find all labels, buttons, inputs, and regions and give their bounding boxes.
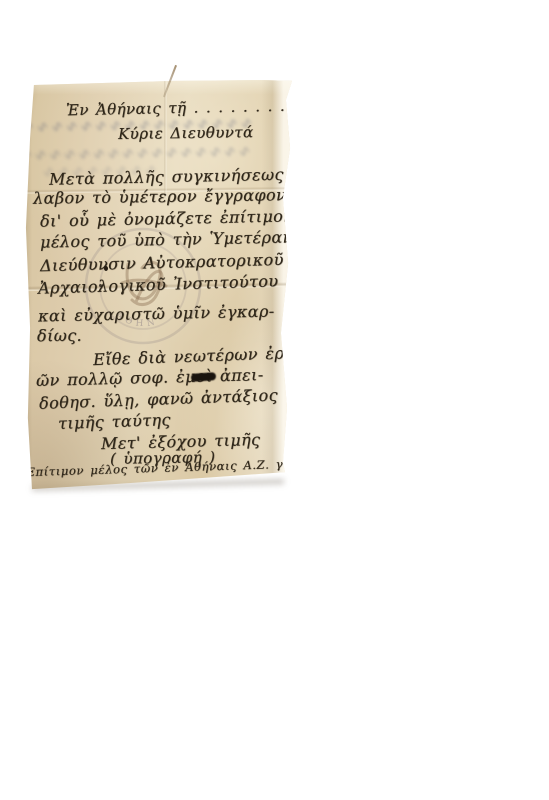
body-line: δίως. (37, 326, 82, 345)
paper-sheet: ΑΘΗΝ ∿∿∿∿∿∿∿∿∿∿∿∿∿∿∿∿∿ ∿∿∿∿∿∿∿∿∿∿∿∿∿∿∿∿ … (24, 78, 300, 492)
body-line: δι' οὗ μὲ ὀνομάζετε ἐπίτιμον (40, 206, 294, 230)
body-line: μέλος τοῦ ὑπὸ τὴν Ὑμετέραν (40, 227, 293, 251)
postscript-line: Ἐπίτιμον μέλος τῶν ἐν Ἀθήναις Α.Ζ. γ. (25, 457, 288, 479)
body-line: λαβον τὸ ὑμέτερον ἔγγραφον (33, 185, 286, 208)
letter-paper: ΑΘΗΝ ∿∿∿∿∿∿∿∿∿∿∿∿∿∿∿∿∿ ∿∿∿∿∿∿∿∿∿∿∿∿∿∿∿∿ … (24, 78, 300, 492)
scan-background: ΑΘΗΝ ∿∿∿∿∿∿∿∿∿∿∿∿∿∿∿∿∿ ∿∿∿∿∿∿∿∿∿∿∿∿∿∿∿∿ … (0, 0, 549, 800)
ink-speck (99, 284, 102, 287)
salutation-line: Κύριε Διευθυντά (118, 123, 254, 143)
ink-speck (104, 266, 108, 271)
body-line: καὶ εὐχαριστῶ ὑμῖν ἐγκαρ- (38, 302, 275, 326)
body-line: Εἴθε διὰ νεωτέρων ἐργασι- (93, 342, 330, 369)
body-line: τιμῆς ταύτης (58, 410, 171, 433)
body-line: Ἀρχαιολογικοῦ Ἰνστιτούτου (38, 271, 279, 298)
